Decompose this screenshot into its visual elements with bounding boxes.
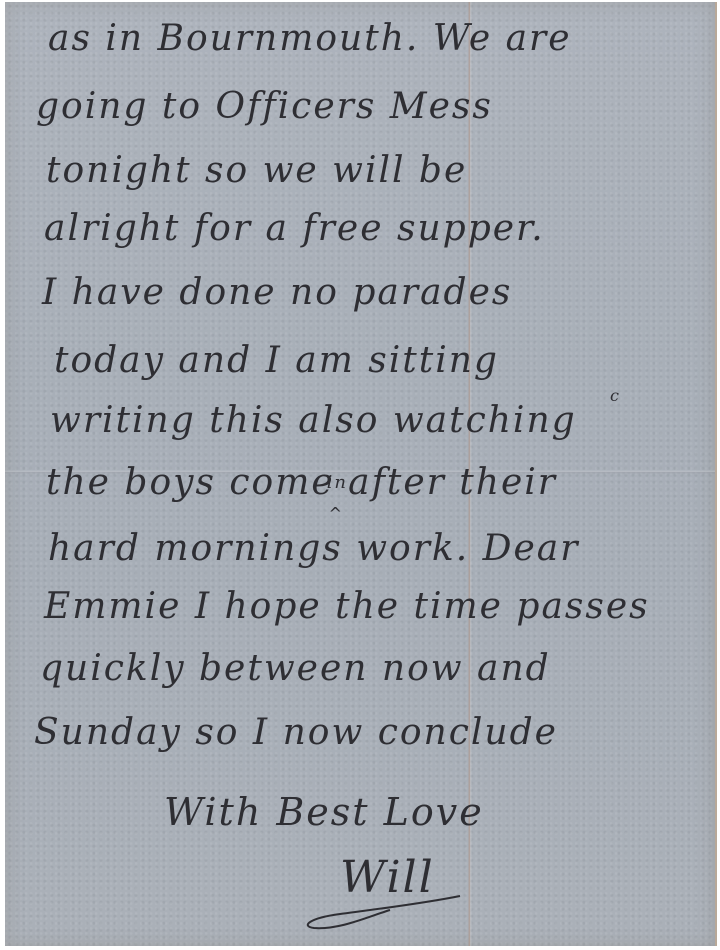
letter-line-6: today and I am sitting [54, 340, 499, 381]
letter-line-7: writing this also watching [50, 400, 577, 441]
letter-line-5: I have done no parades [42, 272, 512, 313]
letter-line-1: as in Bournmouth. We are [48, 18, 572, 59]
letter-line-9: hard mornings work. Dear [48, 528, 579, 569]
letter-line-8-after: after their [335, 462, 557, 503]
signature-flourish-icon [300, 890, 470, 930]
letter-line-4: alright for a free supper. [44, 208, 545, 249]
letter-line-11: quickly between now and [40, 648, 551, 689]
caret-icon: ^ [329, 504, 344, 523]
letter-line-7-text: writing this also watching [50, 400, 577, 441]
letter-line-3: tonight so we will be [46, 150, 467, 191]
insertion-mark-c: c [610, 386, 621, 405]
insertion-text: in [327, 472, 348, 493]
letter-closing: With Best Love [164, 790, 484, 834]
letter-line-12: Sunday so I now conclude [34, 712, 558, 753]
letter-line-10: Emmie I hope the time passes [44, 586, 650, 627]
letter-line-8: the boys come^in after their [46, 462, 557, 503]
letter-line-2: going to Officers Mess [36, 86, 493, 127]
letter-line-8-before: the boys come [46, 462, 335, 503]
